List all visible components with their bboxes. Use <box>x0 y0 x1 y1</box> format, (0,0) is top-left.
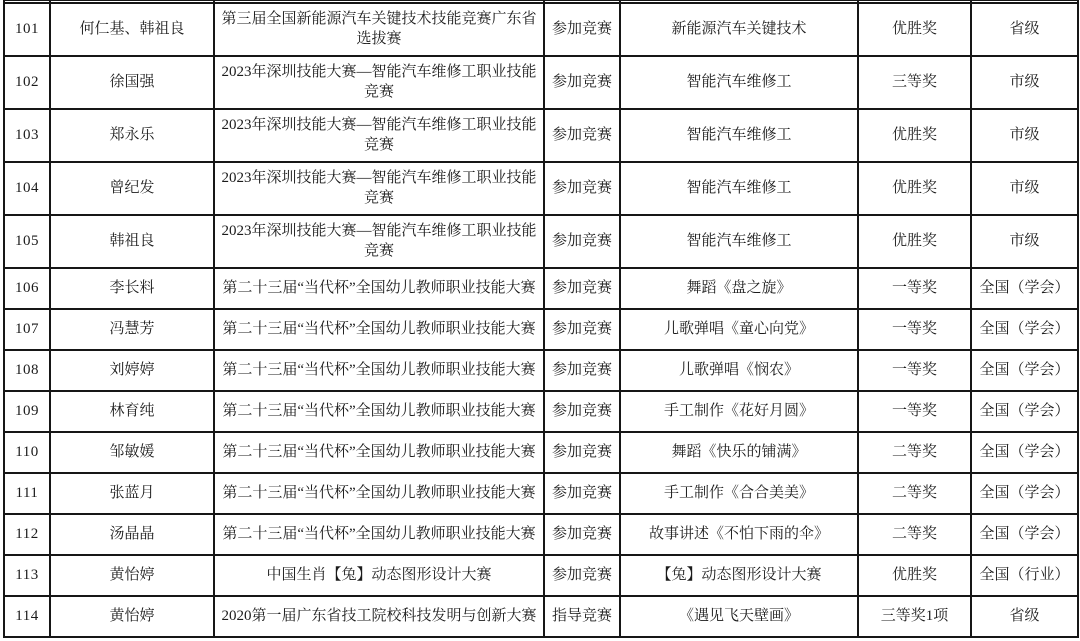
cell-participation-type: 参加竞赛 <box>544 109 620 162</box>
cell-project-name: 智能汽车维修工 <box>620 56 858 109</box>
cell-competition-name: 第二十三届“当代杯”全国幼儿教师职业技能大赛 <box>214 432 544 473</box>
cell-award: 优胜奖 <box>858 162 971 215</box>
table-row: 106 李长料 第二十三届“当代杯”全国幼儿教师职业技能大赛 参加竞赛 舞蹈《盘… <box>4 268 1078 309</box>
cell-level: 全国（学会） <box>971 391 1078 432</box>
cell-award: 二等奖 <box>858 432 971 473</box>
cell-participation-type: 参加竞赛 <box>544 555 620 596</box>
table-row: 112 汤晶晶 第二十三届“当代杯”全国幼儿教师职业技能大赛 参加竞赛 故事讲述… <box>4 514 1078 555</box>
table-row: 113 黄怡婷 中国生肖【兔】动态图形设计大赛 参加竞赛 【兔】动态图形设计大赛… <box>4 555 1078 596</box>
cell-award: 优胜奖 <box>858 3 971 56</box>
cell-award: 三等奖 <box>858 56 971 109</box>
cell-award: 二等奖 <box>858 514 971 555</box>
cell-name: 刘婷婷 <box>50 350 214 391</box>
cell-award: 三等奖1项 <box>858 596 971 637</box>
cell-award: 优胜奖 <box>858 555 971 596</box>
cell-competition-name: 2023年深圳技能大赛—智能汽车维修工职业技能竞赛 <box>214 56 544 109</box>
cell-row-number: 101 <box>4 3 50 56</box>
cell-award: 一等奖 <box>858 268 971 309</box>
cell-row-number: 105 <box>4 215 50 268</box>
cell-project-name: 智能汽车维修工 <box>620 109 858 162</box>
cell-competition-name: 第二十三届“当代杯”全国幼儿教师职业技能大赛 <box>214 473 544 514</box>
cell-competition-name: 第二十三届“当代杯”全国幼儿教师职业技能大赛 <box>214 391 544 432</box>
cell-name: 黄怡婷 <box>50 555 214 596</box>
cell-name: 黄怡婷 <box>50 596 214 637</box>
cell-participation-type: 参加竞赛 <box>544 391 620 432</box>
cell-row-number: 107 <box>4 309 50 350</box>
table-row: 104 曾纪发 2023年深圳技能大赛—智能汽车维修工职业技能竞赛 参加竞赛 智… <box>4 162 1078 215</box>
cell-participation-type: 参加竞赛 <box>544 268 620 309</box>
cell-project-name: 儿歌弹唱《悯农》 <box>620 350 858 391</box>
table-row: 105 韩祖良 2023年深圳技能大赛—智能汽车维修工职业技能竞赛 参加竞赛 智… <box>4 215 1078 268</box>
cell-project-name: 智能汽车维修工 <box>620 215 858 268</box>
cell-name: 李长料 <box>50 268 214 309</box>
table-row: 111 张蓝月 第二十三届“当代杯”全国幼儿教师职业技能大赛 参加竞赛 手工制作… <box>4 473 1078 514</box>
table-row: 101 何仁基、韩祖良 第三届全国新能源汽车关键技术技能竞赛广东省选拔赛 参加竞… <box>4 3 1078 56</box>
cell-name: 张蓝月 <box>50 473 214 514</box>
cell-project-name: 新能源汽车关键技术 <box>620 3 858 56</box>
cell-name: 邹敏媛 <box>50 432 214 473</box>
cell-project-name: 智能汽车维修工 <box>620 162 858 215</box>
cell-level: 全国（学会） <box>971 432 1078 473</box>
cell-row-number: 113 <box>4 555 50 596</box>
cell-competition-name: 第二十三届“当代杯”全国幼儿教师职业技能大赛 <box>214 514 544 555</box>
cell-competition-name: 2023年深圳技能大赛—智能汽车维修工职业技能竞赛 <box>214 162 544 215</box>
table-row: 108 刘婷婷 第二十三届“当代杯”全国幼儿教师职业技能大赛 参加竞赛 儿歌弹唱… <box>4 350 1078 391</box>
cell-participation-type: 参加竞赛 <box>544 215 620 268</box>
cell-competition-name: 2020第一届广东省技工院校科技发明与创新大赛 <box>214 596 544 637</box>
cell-award: 优胜奖 <box>858 109 971 162</box>
cell-award: 一等奖 <box>858 350 971 391</box>
cell-participation-type: 参加竞赛 <box>544 350 620 391</box>
cell-level: 全国（学会） <box>971 514 1078 555</box>
cell-row-number: 109 <box>4 391 50 432</box>
cell-competition-name: 第三届全国新能源汽车关键技术技能竞赛广东省选拔赛 <box>214 3 544 56</box>
cell-project-name: 【兔】动态图形设计大赛 <box>620 555 858 596</box>
awards-document-page: 101 何仁基、韩祖良 第三届全国新能源汽车关键技术技能竞赛广东省选拔赛 参加竞… <box>0 0 1080 641</box>
cell-project-name: 舞蹈《盘之旋》 <box>620 268 858 309</box>
cell-competition-name: 第二十三届“当代杯”全国幼儿教师职业技能大赛 <box>214 309 544 350</box>
cell-project-name: 故事讲述《不怕下雨的伞》 <box>620 514 858 555</box>
cell-name: 郑永乐 <box>50 109 214 162</box>
cell-name: 冯慧芳 <box>50 309 214 350</box>
cell-award: 二等奖 <box>858 473 971 514</box>
table-row: 107 冯慧芳 第二十三届“当代杯”全国幼儿教师职业技能大赛 参加竞赛 儿歌弹唱… <box>4 309 1078 350</box>
cell-level: 市级 <box>971 56 1078 109</box>
cell-level: 市级 <box>971 162 1078 215</box>
cell-participation-type: 参加竞赛 <box>544 473 620 514</box>
cell-row-number: 108 <box>4 350 50 391</box>
awards-table: 101 何仁基、韩祖良 第三届全国新能源汽车关键技术技能竞赛广东省选拔赛 参加竞… <box>3 0 1079 638</box>
cell-level: 市级 <box>971 109 1078 162</box>
cell-name: 曾纪发 <box>50 162 214 215</box>
cell-award: 优胜奖 <box>858 215 971 268</box>
cell-row-number: 112 <box>4 514 50 555</box>
cell-row-number: 111 <box>4 473 50 514</box>
table-row: 103 郑永乐 2023年深圳技能大赛—智能汽车维修工职业技能竞赛 参加竞赛 智… <box>4 109 1078 162</box>
cell-project-name: 舞蹈《快乐的铺满》 <box>620 432 858 473</box>
cell-name: 林育纯 <box>50 391 214 432</box>
cell-participation-type: 参加竞赛 <box>544 3 620 56</box>
cell-competition-name: 第二十三届“当代杯”全国幼儿教师职业技能大赛 <box>214 268 544 309</box>
table-row: 102 徐国强 2023年深圳技能大赛—智能汽车维修工职业技能竞赛 参加竞赛 智… <box>4 56 1078 109</box>
cell-name: 韩祖良 <box>50 215 214 268</box>
cell-participation-type: 参加竞赛 <box>544 432 620 473</box>
cell-name: 汤晶晶 <box>50 514 214 555</box>
cell-participation-type: 参加竞赛 <box>544 56 620 109</box>
cell-project-name: 儿歌弹唱《童心向党》 <box>620 309 858 350</box>
cell-row-number: 102 <box>4 56 50 109</box>
cell-level: 全国（学会） <box>971 350 1078 391</box>
cell-level: 省级 <box>971 596 1078 637</box>
table-row: 109 林育纯 第二十三届“当代杯”全国幼儿教师职业技能大赛 参加竞赛 手工制作… <box>4 391 1078 432</box>
awards-table-body: 101 何仁基、韩祖良 第三届全国新能源汽车关键技术技能竞赛广东省选拔赛 参加竞… <box>4 1 1078 637</box>
cell-level: 全国（学会） <box>971 473 1078 514</box>
cell-project-name: 《遇见飞天壁画》 <box>620 596 858 637</box>
cell-level: 省级 <box>971 3 1078 56</box>
cell-project-name: 手工制作《花好月圆》 <box>620 391 858 432</box>
cell-participation-type: 指导竞赛 <box>544 596 620 637</box>
cell-row-number: 114 <box>4 596 50 637</box>
cell-participation-type: 参加竞赛 <box>544 162 620 215</box>
cell-competition-name: 第二十三届“当代杯”全国幼儿教师职业技能大赛 <box>214 350 544 391</box>
cell-participation-type: 参加竞赛 <box>544 309 620 350</box>
cell-level: 全国（学会） <box>971 309 1078 350</box>
cell-competition-name: 2023年深圳技能大赛—智能汽车维修工职业技能竞赛 <box>214 109 544 162</box>
cell-row-number: 103 <box>4 109 50 162</box>
cell-award: 一等奖 <box>858 309 971 350</box>
table-row: 110 邹敏媛 第二十三届“当代杯”全国幼儿教师职业技能大赛 参加竞赛 舞蹈《快… <box>4 432 1078 473</box>
cell-participation-type: 参加竞赛 <box>544 514 620 555</box>
cell-row-number: 104 <box>4 162 50 215</box>
cell-award: 一等奖 <box>858 391 971 432</box>
cell-name: 何仁基、韩祖良 <box>50 3 214 56</box>
cell-project-name: 手工制作《合合美美》 <box>620 473 858 514</box>
cell-competition-name: 中国生肖【兔】动态图形设计大赛 <box>214 555 544 596</box>
cell-level: 市级 <box>971 215 1078 268</box>
cell-competition-name: 2023年深圳技能大赛—智能汽车维修工职业技能竞赛 <box>214 215 544 268</box>
cell-row-number: 106 <box>4 268 50 309</box>
cell-level: 全国（行业） <box>971 555 1078 596</box>
table-row: 114 黄怡婷 2020第一届广东省技工院校科技发明与创新大赛 指导竞赛 《遇见… <box>4 596 1078 637</box>
cell-row-number: 110 <box>4 432 50 473</box>
cell-name: 徐国强 <box>50 56 214 109</box>
cell-level: 全国（学会） <box>971 268 1078 309</box>
